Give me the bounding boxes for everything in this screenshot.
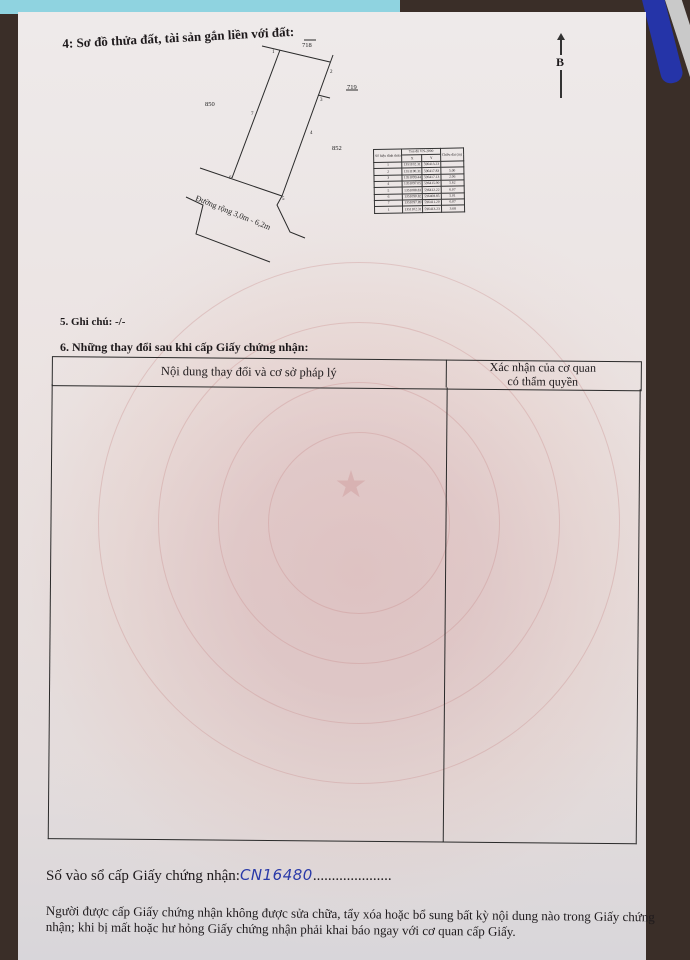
coordinate-row: 11351102.31596413.233.68 [375, 205, 465, 213]
coord-point: 1 [375, 206, 404, 213]
registration-number: CN16480 [240, 866, 313, 884]
registration-label: Số vào sổ cấp Giấy chứng nhận: [46, 868, 240, 884]
header-change-content: Nội dung thay đổi và cơ sở pháp lý [52, 356, 447, 387]
th-length: Chiều dài (m) [440, 148, 463, 161]
section-5-note: 5. Ghi chú: -/- [60, 316, 125, 328]
coord-y: 596413.23 [423, 206, 441, 213]
header-authority-confirmation: Xác nhận của cơ quan có thẩm quyền [446, 360, 640, 390]
change-content-cell [48, 384, 448, 842]
th-point: Số hiệu đỉnh thửa [374, 149, 403, 162]
registration-line: Số vào sổ cấp Giấy chứng nhận:CN16480...… [46, 866, 392, 885]
header-authority-line2: có thẩm quyền [507, 374, 578, 389]
coord-length: 3.68 [441, 205, 464, 212]
north-label: B [555, 55, 565, 70]
changes-table: Nội dung thay đổi và cơ sở pháp lý Xác n… [36, 350, 640, 855]
authority-confirmation-cell [442, 388, 641, 845]
coord-x: 1351102.31 [403, 206, 423, 213]
coordinate-table: Số hiệu đỉnh thửa Tọa độ VN-2000 Chiều d… [373, 147, 465, 213]
footer-note: Người được cấp Giấy chứng nhận không đượ… [46, 903, 658, 941]
registration-dots: ..................... [313, 868, 392, 884]
header-authority-line1: Xác nhận của cơ quan [490, 360, 596, 375]
background-strip [0, 0, 400, 14]
